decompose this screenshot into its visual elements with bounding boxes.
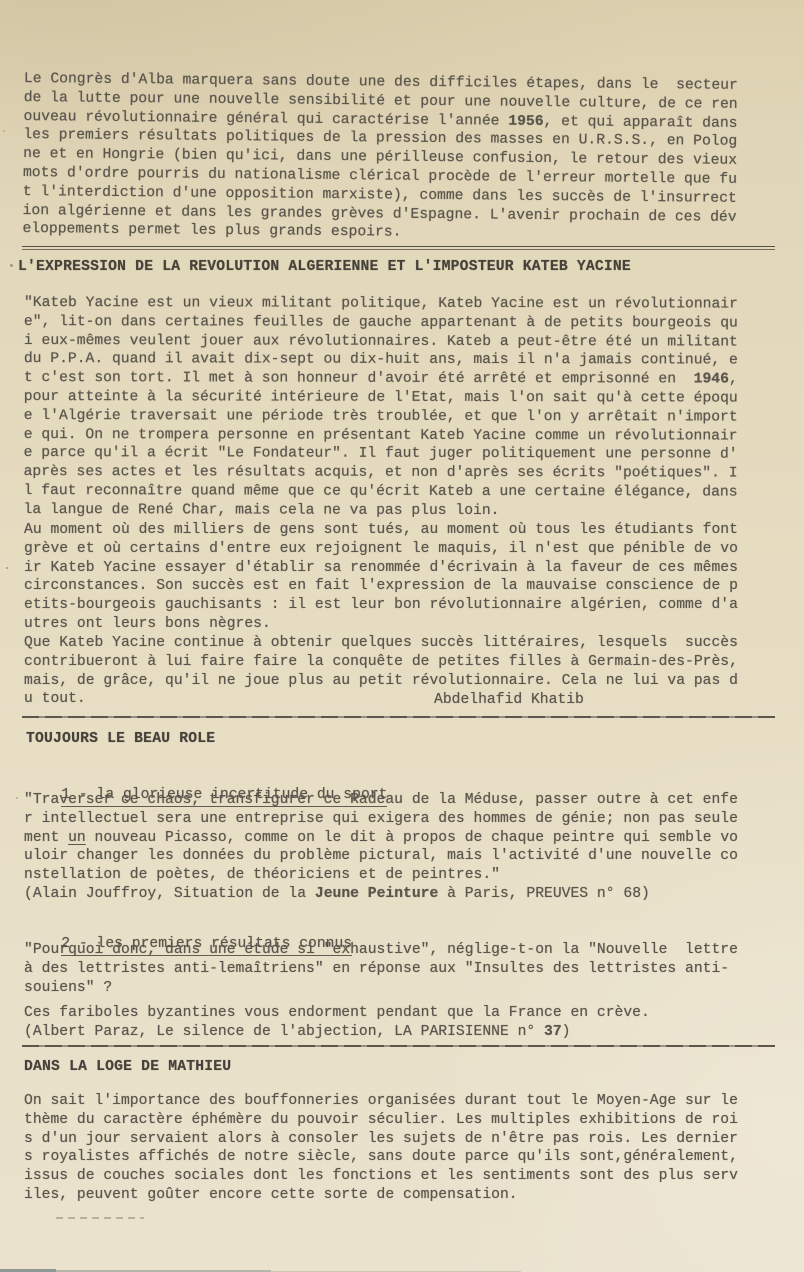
text-line: pour atteinte à la sécurité intérieure d… [24,388,738,408]
text-line: souiens" ? [24,979,738,998]
text-line: Au moment où des milliers de gens sont t… [24,521,738,540]
quote-jouffroy: "Traverser ce chaos, transfigurer ce Rad… [24,791,738,904]
text-line: grève et où certains d'entre eux rejoign… [24,540,738,559]
text-line: s royalistes affichés de notre siècle, s… [24,1148,738,1167]
text-line: r intellectuel sera une entreprise qui e… [24,810,738,829]
paper-speck [3,130,5,132]
article-title-mathieu: DANS LA LOGE DE MATHIEU [24,1058,231,1077]
text-line: uloir changer les données du problème pi… [24,847,738,866]
text-line: (Albert Paraz, Le silence de l'abjection… [24,1023,650,1042]
text-line: utres ont leurs bons nègres. [24,615,738,634]
text-line: thème du caractère éphémère du pouvoir s… [24,1111,738,1130]
text-line: Ces fariboles byzantines vous endorment … [24,1004,650,1023]
text-line: mais, de grâce, qu'il ne joue plus au pe… [24,672,738,691]
text-line: "Pourquoi donc, dans une étude si "exhau… [24,941,738,960]
paragraph-kateb-3: Que Kateb Yacine continue à obtenir quel… [24,634,738,709]
text-line: e l'Algérie traversait une période très … [24,407,738,427]
text-line: e qui. On ne trompera personne en présen… [24,426,738,446]
text-line: i eux-mêmes veulent jouer aux révolution… [24,332,738,352]
text-line: après ses actes et les résultats acquis,… [24,463,738,483]
text-line: s d'un jour servaient alors à consoler l… [24,1130,738,1149]
text-line: "Traverser ce chaos, transfigurer ce Rad… [24,791,738,810]
article-title-beau-role: TOUJOURS LE BEAU ROLE [26,730,215,749]
article-title-kateb: L'EXPRESSION DE LA REVOLUTION ALGERIENNE… [18,258,631,277]
text-line: On sait l'importance des bouffonneries o… [24,1092,738,1111]
comment-paraz: Ces fariboles byzantines vous endorment … [24,1004,650,1042]
text-line: "Kateb Yacine est un vieux militant poli… [24,294,738,314]
paragraph-kateb-1: "Kateb Yacine est un vieux militant poli… [24,294,738,521]
text-line: t c'est son tort. Il met à son honneur d… [24,369,738,389]
text-line: à des lettristes anti-lemaîtriens" en ré… [24,960,738,979]
horizontal-rule [22,246,775,250]
text-line: iles, peuvent goûter encore cette sorte … [24,1186,738,1205]
scanned-document-page: Le Congrès d'Alba marquera sans doute un… [0,0,804,1272]
text-line: circonstances. Son succès est en fait l'… [24,577,738,596]
text-line: (Alain Jouffroy, Situation de la Jeune P… [24,885,738,904]
text-line: la langue de René Char, mais cela ne va … [24,501,738,521]
text-line: e parce qu'il a écrit "Le Fondateur". Il… [24,444,738,464]
text-line: etits-bourgeois gauchisants : il est leu… [24,596,738,615]
paper-speck [6,567,8,569]
text-line: l faut reconnaître quand même que ce qu'… [24,482,738,502]
text-line: u tout. [24,690,738,709]
horizontal-rule [22,1045,775,1047]
signature: Abdelhafid Khatib [434,692,584,708]
text-line: contribueront à lui faire faire la conqu… [24,653,738,672]
paragraph-kateb-2: Au moment où des milliers de gens sont t… [24,521,738,634]
horizontal-rule [22,716,775,718]
intro-paragraph: Le Congrès d'Alba marquera sans doute un… [22,70,738,246]
paper-speck [16,797,18,799]
text-line: ment un nouveau Picasso, comme on le dit… [24,829,738,848]
text-line: nstellation de poètes, de théoriciens et… [24,866,738,885]
text-line: ir Kateb Yacine essayer d'établir sa ren… [24,559,738,578]
text-line: issus de couches sociales dont les fonct… [24,1167,738,1186]
paragraph-mathieu: On sait l'importance des bouffonneries o… [24,1092,738,1205]
paper-speck [10,264,13,267]
pencil-mark [56,1217,144,1219]
text-line: du P.P.A. quand il avait dix-sept ou dix… [24,350,738,370]
text-line: e", lit-on dans certaines feuilles de ga… [24,313,738,333]
text-line: Que Kateb Yacine continue à obtenir quel… [24,634,738,653]
quote-paraz: "Pourquoi donc, dans une étude si "exhau… [24,941,738,997]
